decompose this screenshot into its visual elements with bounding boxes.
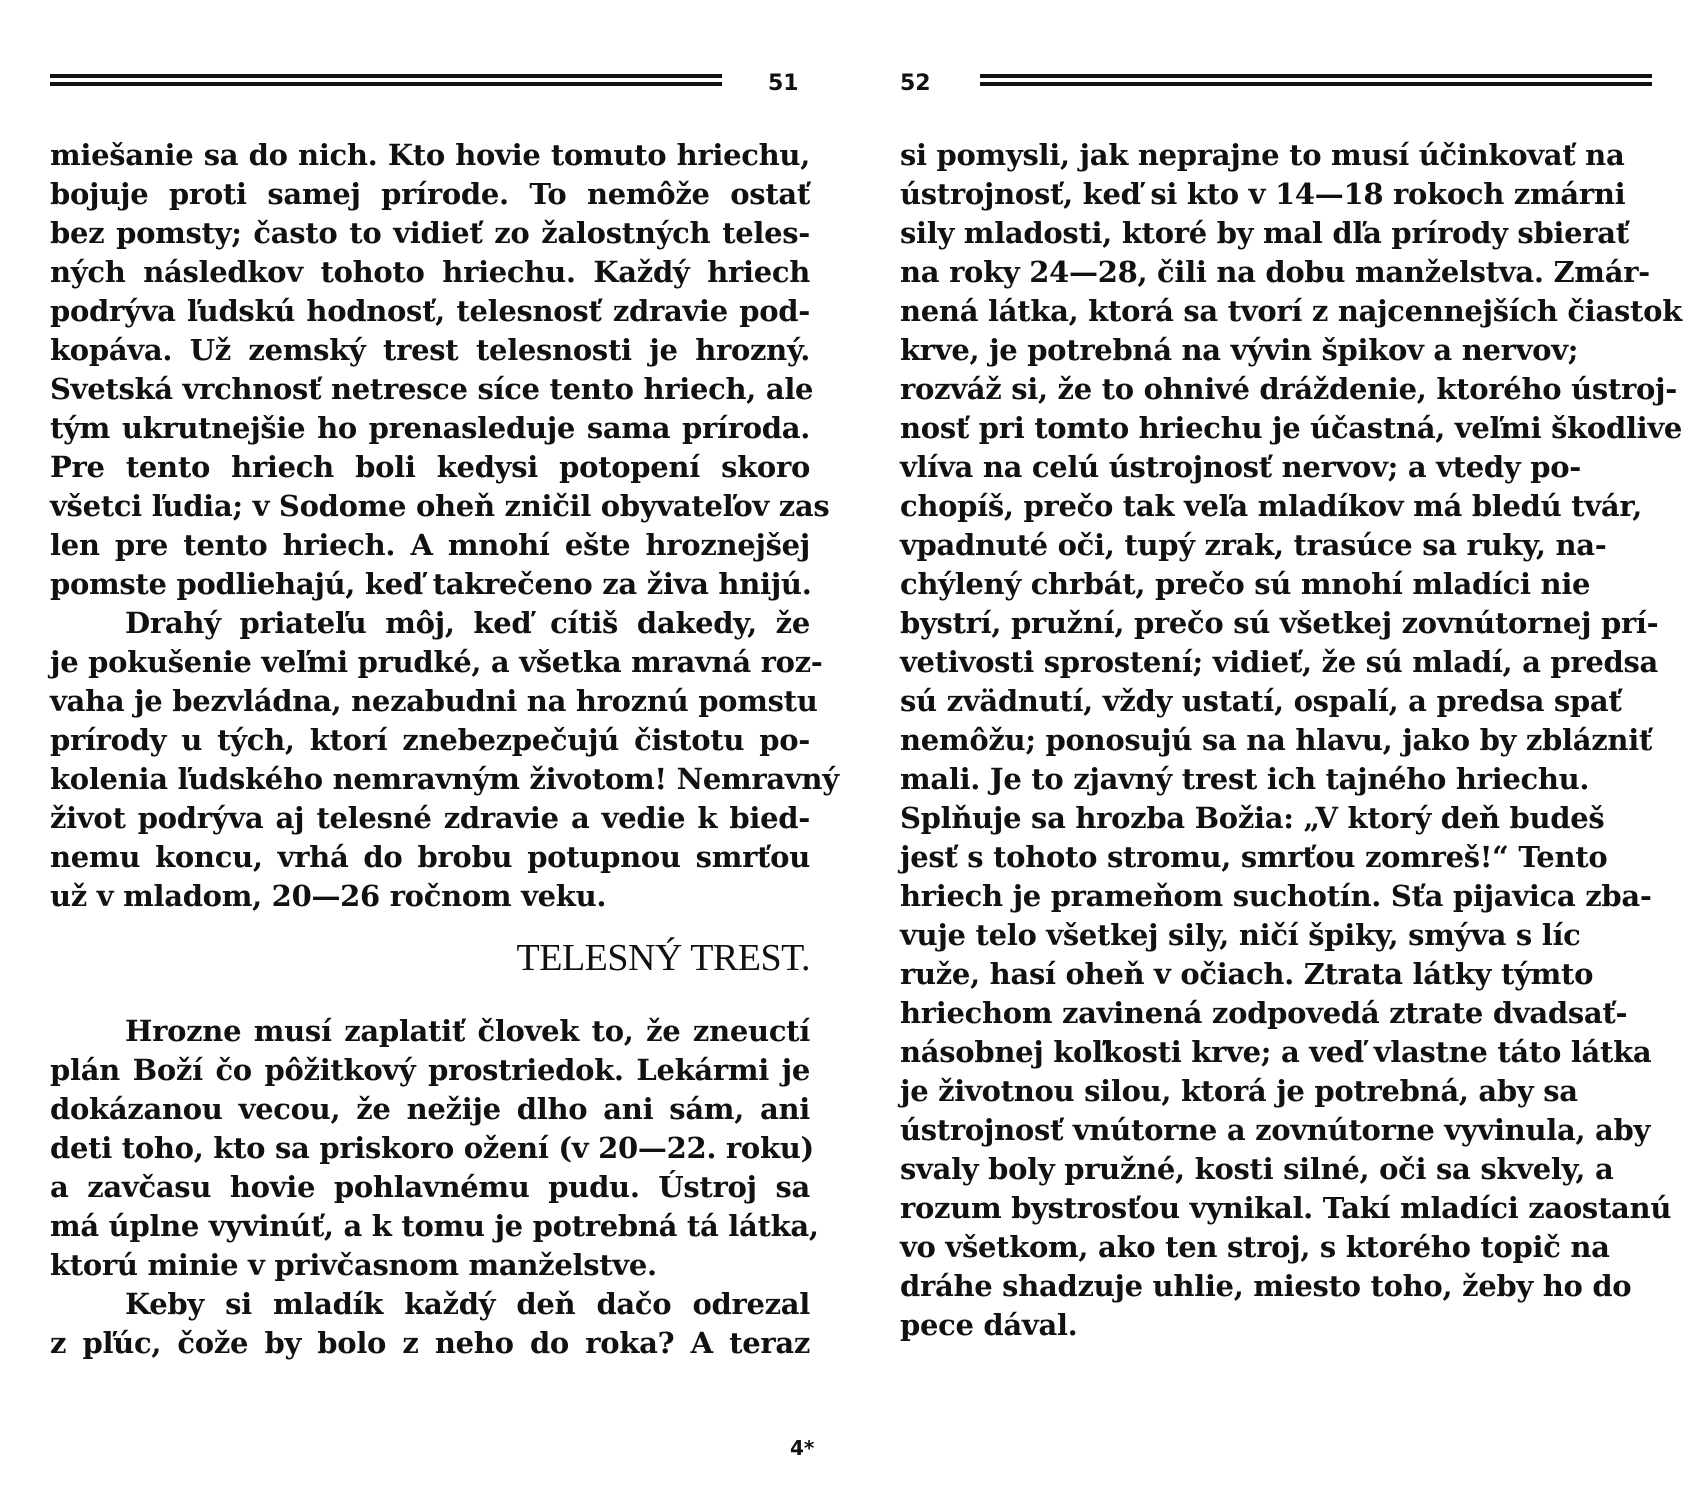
text-line: má úplne vyvinúť, a k tomu je potrebná t… bbox=[50, 1207, 810, 1246]
text-line: miešanie sa do nich. Kto hovie tomuto hr… bbox=[50, 136, 810, 175]
text-line: deti toho, kto sa priskoro ožení (v 20—2… bbox=[50, 1129, 810, 1168]
signature-mark: 4* bbox=[790, 1436, 814, 1460]
text-line: svaly boly pružné, kosti silné, oči sa s… bbox=[900, 1150, 1572, 1189]
text-line: ktorú minie v privčasnom manželstve. bbox=[50, 1246, 810, 1285]
text-line: podrýva ľudskú hodnosť, telesnosť zdravi… bbox=[50, 292, 810, 331]
text-line: bojuje proti samej prírode. To nemôže os… bbox=[50, 175, 810, 214]
text-line: ruže, hasí oheň v očiach. Ztrata látky t… bbox=[900, 955, 1572, 994]
header-double-rule bbox=[980, 74, 1652, 86]
text-line: všetci ľudia; v Sodome oheň zničil obyva… bbox=[50, 487, 810, 526]
text-line: nemôžu; ponosujú sa na hlavu, jako by zb… bbox=[900, 721, 1572, 760]
text-line: sú zvädnutí, vždy ustatí, ospalí, a pred… bbox=[900, 682, 1572, 721]
text-line: rozváž si, že to ohnivé dráždenie, ktoré… bbox=[900, 370, 1572, 409]
text-line: tým ukrutnejšie ho prenasleduje sama prí… bbox=[50, 409, 810, 448]
text-line: hriech je prameňom suchotín. Sťa pijavic… bbox=[900, 877, 1572, 916]
text-line: krve, je potrebná na vývin špikov a nerv… bbox=[900, 331, 1572, 370]
text-line: vetivosti sprostení; vidieť, že sú mladí… bbox=[900, 643, 1572, 682]
text-line: hriechom zavinená zodpovedá ztrate dvads… bbox=[900, 994, 1572, 1033]
text-line: Hrozne musí zaplatiť človek to, že zneuc… bbox=[50, 1012, 810, 1051]
text-line: plán Boží čo pôžitkový prostriedok. Leká… bbox=[50, 1051, 810, 1090]
body-text-bottom: Hrozne musí zaplatiť človek to, že zneuc… bbox=[50, 1012, 810, 1363]
page-number: 51 bbox=[768, 70, 799, 98]
text-line: len pre tento hriech. A mnohí ešte hrozn… bbox=[50, 526, 810, 565]
body-text: si pomysli, jak neprajne to musí účinkov… bbox=[900, 136, 1572, 1345]
text-line: jesť s tohoto stromu, smrťou zomreš!“ Te… bbox=[900, 838, 1572, 877]
text-line: sily mladosti, ktoré by mal dľa prírody … bbox=[900, 214, 1572, 253]
right-page: 52 si pomysli, jak neprajne to musí účin… bbox=[846, 0, 1692, 1500]
page-number: 52 bbox=[900, 70, 931, 98]
text-line: ných následkov tohoto hriechu. Každý hri… bbox=[50, 253, 810, 292]
text-line: chýlený chrbát, prečo sú mnohí mladíci n… bbox=[900, 565, 1572, 604]
text-line: je pokušenie veľmi prudké, a všetka mrav… bbox=[50, 643, 810, 682]
body-text-top: miešanie sa do nich. Kto hovie tomuto hr… bbox=[50, 136, 810, 916]
text-line: chopíš, prečo tak veľa mladíkov má bledú… bbox=[900, 487, 1572, 526]
text-line: pomste podliehajú, keď takrečeno za živa… bbox=[50, 565, 810, 604]
text-line: pece dával. bbox=[900, 1306, 1572, 1345]
text-line: dráhe shadzuje uhlie, miesto toho, žeby … bbox=[900, 1267, 1572, 1306]
text-line: život podrýva aj telesné zdravie a vedie… bbox=[50, 799, 810, 838]
text-line: si pomysli, jak neprajne to musí účinkov… bbox=[900, 136, 1572, 175]
text-line: nosť pri tomto hriechu je účastná, veľmi… bbox=[900, 409, 1572, 448]
text-line: ústrojnosť vnútorne a zovnútorne vyvinul… bbox=[900, 1111, 1572, 1150]
text-line: dokázanou vecou, že nežije dlho ani sám,… bbox=[50, 1090, 810, 1129]
text-line: na roky 24—28, čili na dobu manželstva. … bbox=[900, 253, 1572, 292]
text-line: kolenia ľudského nemravným životom! Nemr… bbox=[50, 760, 810, 799]
header-double-rule bbox=[50, 74, 722, 86]
text-line: nená látka, ktorá sa tvorí z najcennejší… bbox=[900, 292, 1572, 331]
text-line: bez pomsty; často to vidieť zo žalostnýc… bbox=[50, 214, 810, 253]
text-line: Keby si mladík každý deň dačo odrezal bbox=[50, 1285, 810, 1324]
text-line: vpadnuté oči, tupý zrak, trasúce sa ruky… bbox=[900, 526, 1572, 565]
text-line: Pre tento hriech boli kedysi potopení sk… bbox=[50, 448, 810, 487]
text-line: už v mladom, 20—26 ročnom veku. bbox=[50, 877, 810, 916]
text-line: Svetská vrchnosť netresce síce tento hri… bbox=[50, 370, 810, 409]
text-line: a zavčasu hovie pohlavnému pudu. Ústroj … bbox=[50, 1168, 810, 1207]
text-line: rozum bystrosťou vynikal. Takí mladíci z… bbox=[900, 1189, 1572, 1228]
text-line: bystrí, pružní, prečo sú všetkej zovnúto… bbox=[900, 604, 1572, 643]
text-line: mali. Je to zjavný trest ich tajného hri… bbox=[900, 760, 1572, 799]
text-line: je životnou silou, ktorá je potrebná, ab… bbox=[900, 1072, 1572, 1111]
text-line: z pľúc, čože by bolo z neho do roka? A t… bbox=[50, 1324, 810, 1363]
section-heading: TELESNÝ TREST. bbox=[50, 935, 810, 981]
text-line: vaha je bezvládna, nezabudni na hroznú p… bbox=[50, 682, 810, 721]
text-line: Splňuje sa hrozba Božia: „V ktorý deň bu… bbox=[900, 799, 1572, 838]
text-line: vuje telo všetkej sily, ničí špiky, smýv… bbox=[900, 916, 1572, 955]
left-page: 51 miešanie sa do nich. Kto hovie tomuto… bbox=[0, 0, 846, 1500]
text-line: vlíva na celú ústrojnosť nervov; a vtedy… bbox=[900, 448, 1572, 487]
text-line: Drahý priateľu môj, keď cítiš dakedy, že bbox=[50, 604, 810, 643]
text-line: prírody u tých, ktorí znebezpečujú čisto… bbox=[50, 721, 810, 760]
text-line: ústrojnosť, keď si kto v 14—18 rokoch zm… bbox=[900, 175, 1572, 214]
text-line: nemu koncu, vrhá do brobu potupnou smrťo… bbox=[50, 838, 810, 877]
text-line: kopáva. Už zemský trest telesnosti je hr… bbox=[50, 331, 810, 370]
text-line: násobnej koľkosti krve; a veď vlastne tá… bbox=[900, 1033, 1572, 1072]
text-line: vo všetkom, ako ten stroj, s ktorého top… bbox=[900, 1228, 1572, 1267]
